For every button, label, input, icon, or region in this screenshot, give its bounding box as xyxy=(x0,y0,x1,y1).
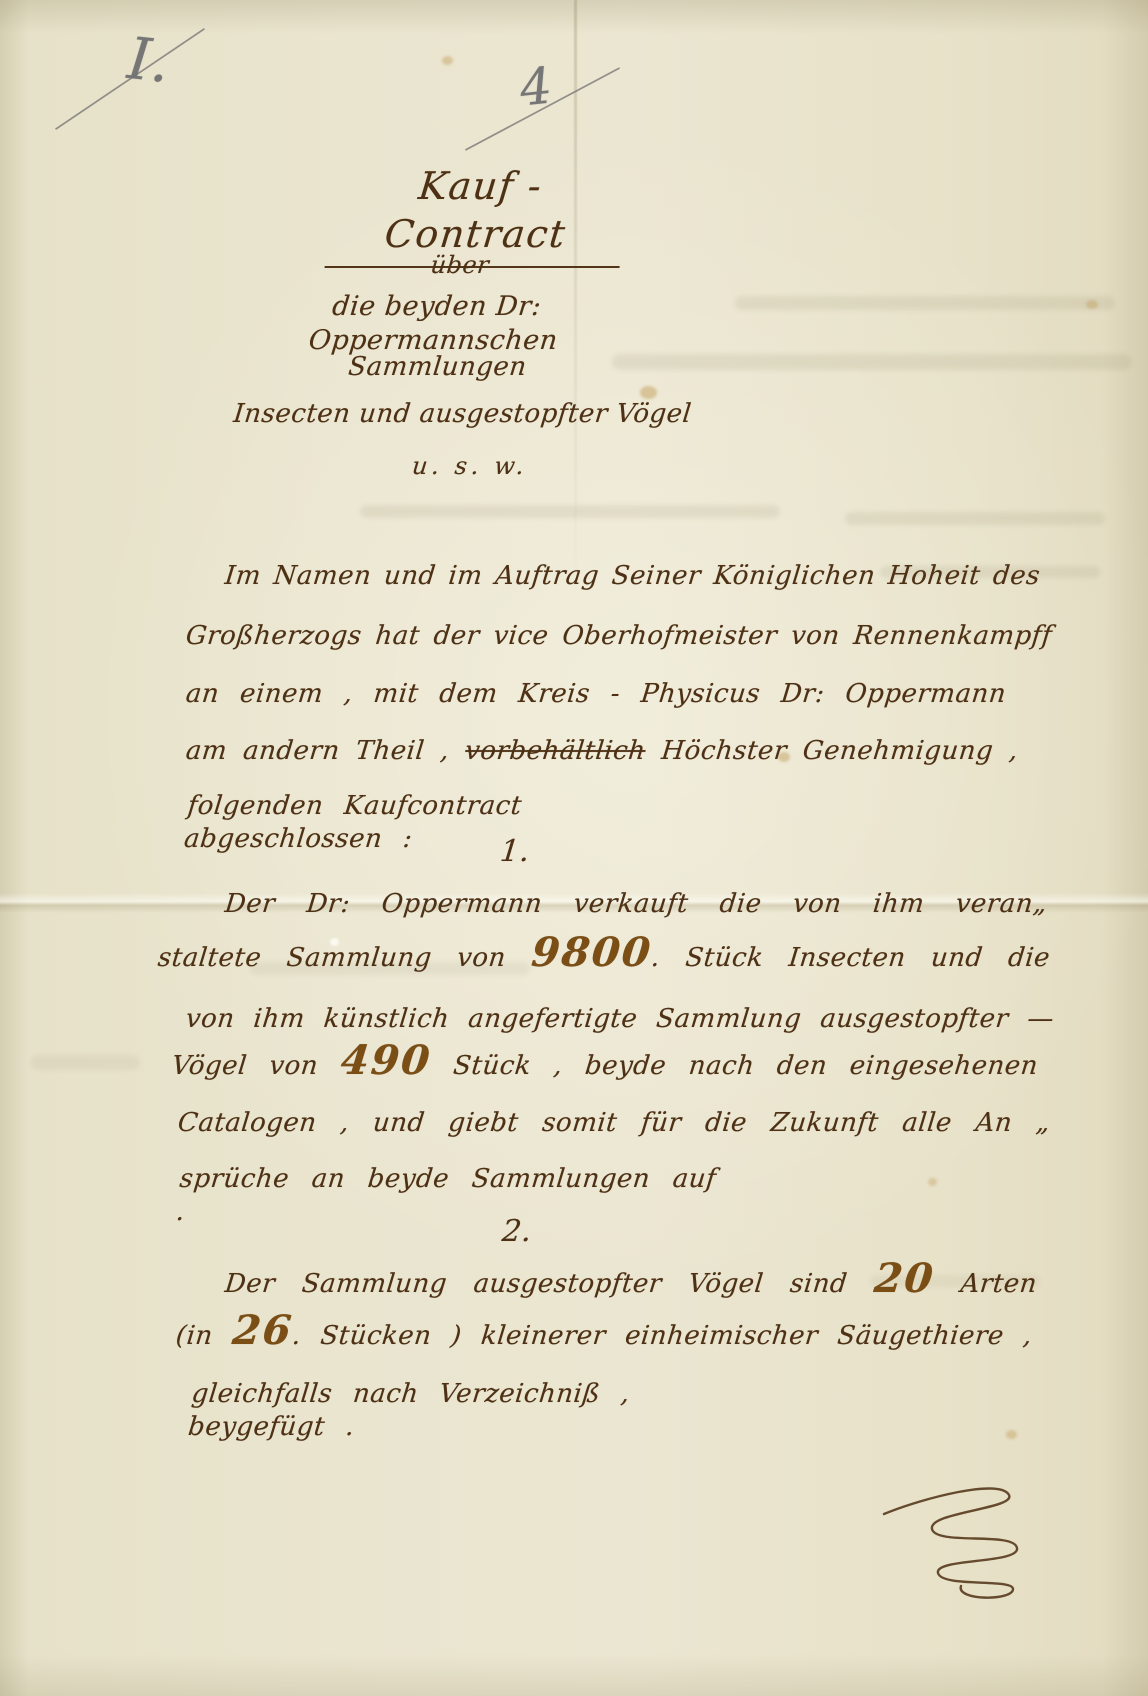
emphasized-number: 9800 xyxy=(529,928,654,976)
emphasized-number: 490 xyxy=(339,1036,434,1084)
intro-line: Großherzogs hat der vice Oberhofmeister … xyxy=(184,620,1053,653)
pencil-page-number: 4 xyxy=(517,56,555,117)
section-number: 2. xyxy=(480,1213,554,1251)
intro-line: an einem , mit dem Kreis - Physicus Dr: … xyxy=(184,678,1007,711)
ink-spiral-flourish xyxy=(878,1452,1038,1602)
section-line: Catalogen , und giebt somit für die Zuku… xyxy=(176,1107,1051,1140)
subtitle-line: die beyden Dr: Oppermannschen xyxy=(231,290,638,358)
stain xyxy=(1006,1430,1017,1439)
stain xyxy=(442,56,453,65)
section-line: Der Sammlung ausgestopfter Vögel sind 20… xyxy=(223,1268,1038,1301)
section-number: 1. xyxy=(478,833,552,871)
bleedthrough-ghost-text xyxy=(735,296,1115,310)
pencil-folio-mark: I. xyxy=(125,24,173,96)
subtitle-line: u. s. w. xyxy=(393,451,546,481)
struck-word: vorbehältlich xyxy=(464,736,647,766)
bleedthrough-ghost-text xyxy=(360,505,780,518)
section-line: von ihm künstlich angefertigte Sammlung … xyxy=(184,1003,1055,1036)
section-line: sprüche an beyde Sammlungen auf . xyxy=(175,1163,747,1228)
subtitle-line: Sammlungen xyxy=(328,351,546,384)
manuscript-page: I. 4 Kauf - Contract über die beyden Dr:… xyxy=(0,0,1148,1696)
bleedthrough-ghost-text xyxy=(612,354,1132,370)
bleedthrough-ghost-text xyxy=(845,512,1105,525)
section-line: Der Dr: Oppermann verkauft die von ihm v… xyxy=(223,888,1048,921)
intro-line: Im Namen und im Auftrag Seiner Königlich… xyxy=(223,560,1041,593)
section-line: gleichfalls nach Verzeichniß , beygefügt… xyxy=(187,1378,789,1443)
stain xyxy=(928,1178,937,1186)
stain xyxy=(1086,300,1098,309)
section-line: staltete Sammlung von 9800. Stück Insect… xyxy=(156,942,1051,975)
section-line: (in 26. Stücken ) kleinerer einheimische… xyxy=(174,1320,1033,1353)
subtitle-line: über xyxy=(398,250,521,280)
emphasized-number: 26 xyxy=(230,1306,295,1354)
intro-line: am andern Theil , vorbehältlich Höchster… xyxy=(184,735,1019,768)
section-line: Vögel von 490 Stück , beyde nach den ein… xyxy=(170,1050,1039,1083)
emphasized-number: 20 xyxy=(872,1254,937,1302)
subtitle-line: Insecten und ausgestopfter Vögel xyxy=(203,398,721,431)
bleedthrough-ghost-text xyxy=(30,1055,140,1070)
intro-line: folgenden Kaufcontract abgeschlossen : xyxy=(183,790,735,855)
